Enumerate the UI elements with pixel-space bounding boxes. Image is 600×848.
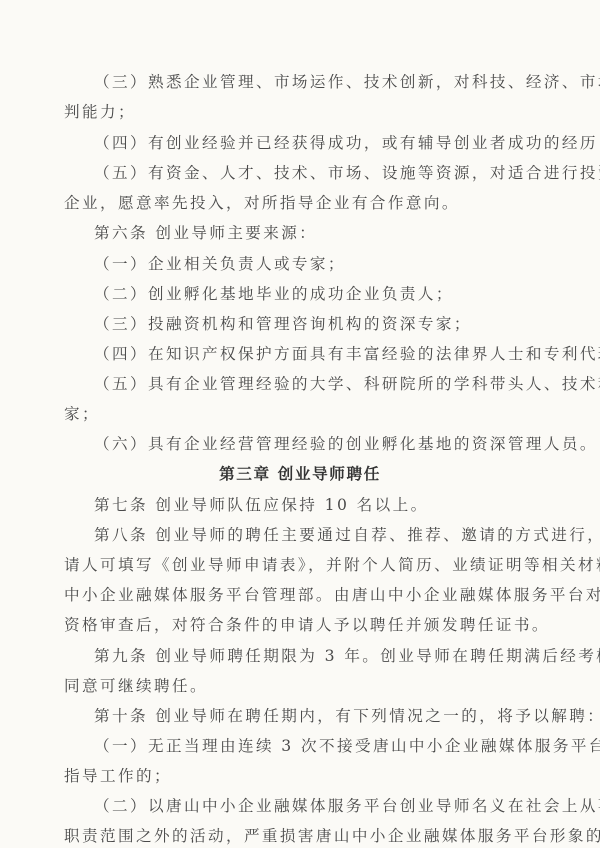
dismissal-item-2-line-2: 职责范围之外的活动，严重损害唐山中小企业融媒体服务平台形象的； <box>64 826 548 846</box>
clause-5-qualification-line-2: 企业，愿意率先投入，对所指导企业有合作意向。 <box>64 193 548 213</box>
document-page: （三）熟悉企业管理、市场运作、技术创新，对科技、经济、市场发展有预 判能力； （… <box>0 0 600 848</box>
source-item-1: （一）企业相关负责人或专家； <box>94 254 548 274</box>
source-item-3: （三）投融资机构和管理咨询机构的资深专家； <box>94 314 548 334</box>
clause-3-qualification-line-1: （三）熟悉企业管理、市场运作、技术创新，对科技、经济、市场发展有预 <box>94 72 548 92</box>
source-item-5-line-2: 家； <box>64 404 548 424</box>
source-item-6: （六）具有企业经营管理经验的创业孵化基地的资深管理人员。 <box>94 434 548 454</box>
clause-3-qualification-line-2: 判能力； <box>64 102 548 122</box>
clause-5-qualification-line-1: （五）有资金、人才、技术、市场、设施等资源，对适合进行投资的项目和 <box>94 163 548 183</box>
dismissal-item-2-line-1: （二）以唐山中小企业融媒体服务平台创业导师名义在社会上从事创业导师 <box>94 796 548 816</box>
dismissal-item-1-line-1: （一）无正当理由连续 3 次不接受唐山中小企业融媒体服务平台安排的创业 <box>94 736 548 756</box>
source-item-4: （四）在知识产权保护方面具有丰富经验的法律界人士和专利代理人； <box>94 344 548 364</box>
article-7: 第七条 创业导师队伍应保持 10 名以上。 <box>94 495 548 515</box>
source-item-2: （二）创业孵化基地毕业的成功企业负责人； <box>94 284 548 304</box>
article-9-line-2: 同意可继续聘任。 <box>64 676 548 696</box>
chapter-3-heading: 第三章 创业导师聘任 <box>0 464 600 484</box>
article-10-heading: 第十条 创业导师在聘任期内，有下列情况之一的，将予以解聘： <box>94 706 548 726</box>
article-6-heading: 第六条 创业导师主要来源： <box>94 223 548 243</box>
article-9-line-1: 第九条 创业导师聘任期限为 3 年。创业导师在聘任期满后经考核合格、双方 <box>94 646 548 666</box>
article-8-line-4: 资格审查后，对符合条件的申请人予以聘任并颁发聘任证书。 <box>64 615 548 635</box>
clause-4-qualification: （四）有创业经验并已经获得成功，或有辅导创业者成功的经历； <box>94 133 548 153</box>
article-8-line-1: 第八条 创业导师的聘任主要通过自荐、推荐、邀请的方式进行，有意向的申 <box>94 525 548 545</box>
source-item-5-line-1: （五）具有企业管理经验的大学、科研院所的学科带头人、技术和管理型专 <box>94 374 548 394</box>
article-8-line-2: 请人可填写《创业导师申请表》，并附个人简历、业绩证明等相关材料报送唐山 <box>64 555 548 575</box>
dismissal-item-1-line-2: 指导工作的； <box>64 766 548 786</box>
article-8-line-3: 中小企业融媒体服务平台管理部。由唐山中小企业融媒体服务平台对申请人进行 <box>64 585 548 605</box>
